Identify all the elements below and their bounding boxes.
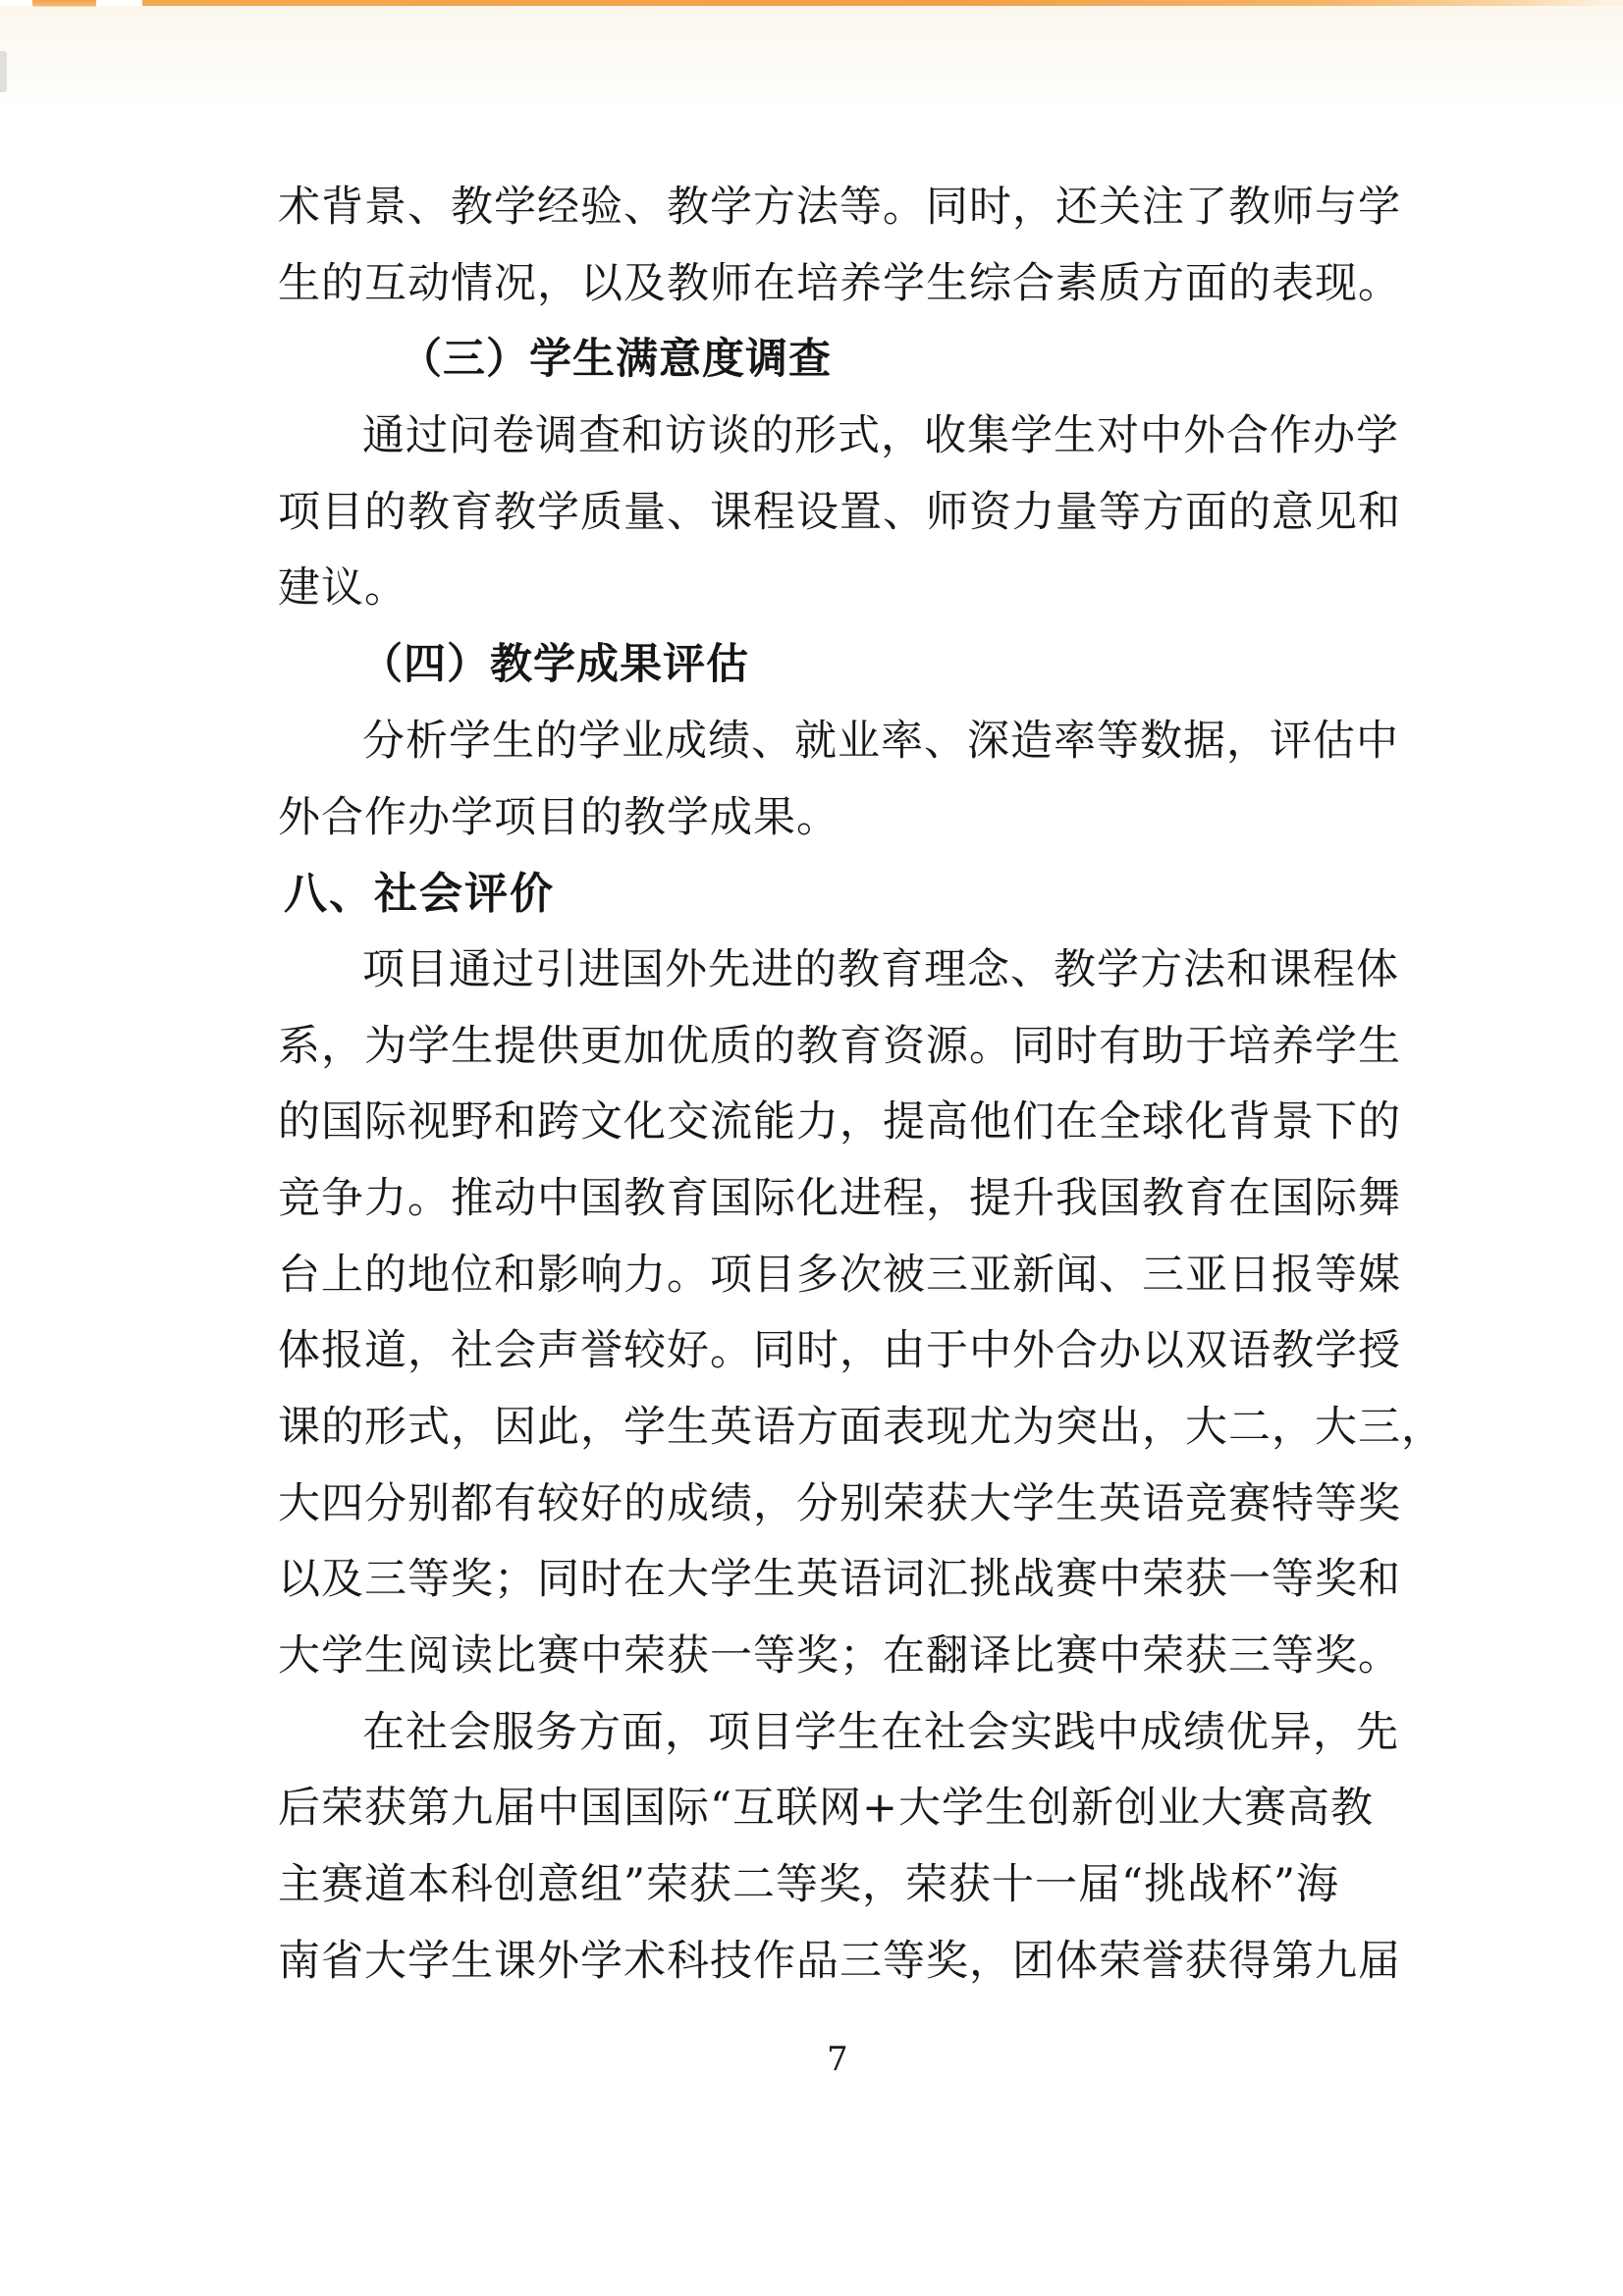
- text-line: 大四分别都有较好的成绩，分别荣获大学生英语竞赛特等奖: [278, 1467, 1407, 1543]
- document-page: 术背景、教学经验、教学方法等。同时，还关注了教师与学 生的互动情况，以及教师在培…: [0, 0, 1623, 2296]
- text-line: 项目的教育教学质量、课程设置、师资力量等方面的意见和: [278, 475, 1407, 552]
- text-line: 分析学生的学业成绩、就业率、深造率等数据，评估中: [278, 704, 1407, 780]
- scan-edge-speck: [0, 51, 7, 92]
- heading-line: （四）教学成果评估: [278, 627, 1407, 704]
- text-line: 主赛道本科创意组”荣获二等奖，荣获十一届“挑战杯”海: [278, 1847, 1407, 1924]
- text-line: 生的互动情况，以及教师在培养学生综合素质方面的表现。: [278, 246, 1407, 323]
- text-line: 以及三等奖；同时在大学生英语词汇挑战赛中荣获一等奖和: [278, 1542, 1407, 1619]
- text-line: 台上的地位和影响力。项目多次被三亚新闻、三亚日报等媒: [278, 1238, 1407, 1314]
- page-number: 7: [278, 2040, 1397, 2079]
- text-line: 项目通过引进国外先进的教育理念、教学方法和课程体: [278, 933, 1407, 1009]
- text-line: 体报道，社会声誉较好。同时，由于中外合办以双语教学授: [278, 1313, 1407, 1390]
- scan-artifact-strip-main: [142, 0, 1623, 6]
- text-line: 后荣获第九届中国国际“互联网+大学生创新创业大赛高教: [278, 1771, 1407, 1847]
- text-line: 南省大学生课外学术科技作品三等奖，团体荣誉获得第九届: [278, 1924, 1407, 2001]
- scan-artifact-strip-left: [32, 0, 96, 7]
- text-line: 在社会服务方面，项目学生在社会实践中成绩优异，先: [278, 1695, 1407, 1772]
- section-heading: 八、社会评价: [278, 856, 1407, 933]
- text-line: 大学生阅读比赛中荣获一等奖；在翻译比赛中荣获三等奖。: [278, 1619, 1407, 1695]
- text-block: 术背景、教学经验、教学方法等。同时，还关注了教师与学 生的互动情况，以及教师在培…: [278, 170, 1407, 2001]
- text-line: 竞争力。推动中国教育国际化进程，提升我国教育在国际舞: [278, 1161, 1407, 1238]
- text-line: 系，为学生提供更加优质的教育资源。同时有助于培养学生: [278, 1009, 1407, 1086]
- text-line: 通过问卷调查和访谈的形式，收集学生对中外合作办学: [278, 399, 1407, 475]
- text-line: 的国际视野和跨文化交流能力，提高他们在全球化背景下的: [278, 1085, 1407, 1161]
- text-line: 课的形式，因此，学生英语方面表现尤为突出，大二，大三，: [278, 1390, 1407, 1467]
- text-line: 外合作办学项目的教学成果。: [278, 780, 1407, 857]
- text-line: 术背景、教学经验、教学方法等。同时，还关注了教师与学: [278, 170, 1407, 246]
- text-line: 建议。: [278, 551, 1407, 627]
- scan-top-tint: [0, 6, 1623, 114]
- heading-line: （三）学生满意度调查: [278, 322, 1407, 399]
